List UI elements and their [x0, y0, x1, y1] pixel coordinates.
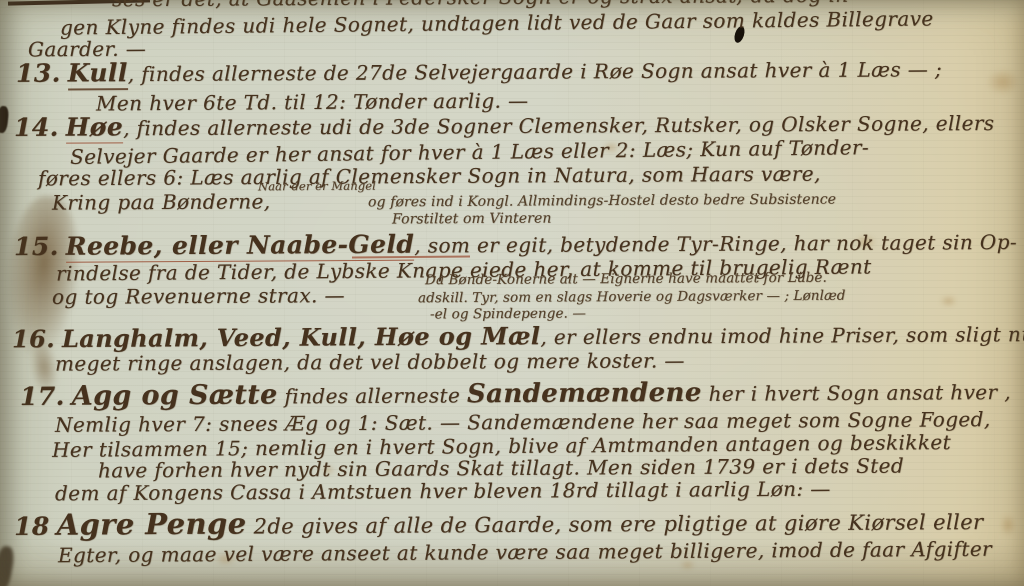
entry-number: 17. — [20, 382, 65, 411]
entry-18-agre-penge: 18Agre Penge 2de gives af alle de Gaarde… — [14, 502, 984, 542]
manuscript-page: ses er det, at Gaasehien i Pedersker Sog… — [0, 0, 1024, 586]
manuscript-line: meget ringe anslagen, da det vel dobbelt… — [55, 348, 685, 375]
manuscript-line: Egter, og maae vel være anseet at kunde … — [58, 537, 992, 568]
entry-text: , findes allerneste de 27de Selvejergaar… — [128, 57, 943, 86]
foxing-spot — [982, 66, 1024, 98]
marginal-insertion: adskill. Tyr, som en slags Hoverie og Da… — [418, 288, 846, 307]
entry-17-agg-og-saette: 17.Agg og Sætte findes allerneste Sandem… — [20, 375, 1011, 412]
foxing-spot — [998, 512, 1018, 538]
manuscript-line: Kring paa Bønderne, — [52, 189, 271, 214]
entry-keyword: Høe — [66, 112, 124, 143]
entry-number: 14. — [14, 113, 59, 142]
entry-number: 18 — [14, 512, 50, 541]
entry-text: her i hvert Sogn ansat hver , — [702, 380, 1011, 406]
entry-keyword: Kull — [68, 58, 128, 90]
manuscript-line: dem af Kongens Cassa i Amtstuen hver ble… — [55, 477, 831, 506]
manuscript-line: og tog Revenuerne strax. — — [52, 283, 345, 309]
marginal-insertion: Da Bønde-Konerne alt — Eignerne have maa… — [425, 270, 827, 288]
ink-smudge — [0, 105, 9, 133]
interlinear-insertion: Forstiltet om Vinteren — [392, 211, 552, 228]
marginal-insertion: -el og Spindepenge. — — [430, 306, 586, 323]
entry-text: , som er egit, betydende Tyr-Ringe, har … — [414, 230, 1017, 258]
entry-keyword: Langhalm, Veed, Kull, Høe og Mæl — [62, 321, 541, 353]
entry-16-langhalm: 16.Langhalm, Veed, Kull, Høe og Mæl, er … — [12, 318, 1024, 354]
entry-keyword: Reebe, eller Naabe-Geld — [66, 230, 415, 263]
entry-number: 15. — [14, 232, 59, 261]
manuscript-line: gen Klyne findes udi hele Sognet, undtag… — [60, 6, 934, 39]
foxing-spot — [938, 294, 959, 308]
manuscript-line: føres ellers 6: Læs aarlig af Clemensker… — [38, 162, 821, 191]
entry-text: 2de gives af alle de Gaarde, som ere pli… — [246, 510, 983, 539]
entry-number: 16. — [12, 324, 55, 353]
entry-keyword-secondary: Sandemændene — [467, 378, 702, 409]
entry-13-kull: 13.Kull, findes allerneste de 27de Selve… — [16, 53, 942, 88]
entry-keyword: Agg og Sætte — [72, 379, 278, 411]
corner-stain — [0, 545, 16, 586]
entry-text: , er ellers endnu imod hine Priser, som … — [540, 322, 1024, 350]
interlinear-insertion: Naar der er Mangel — [258, 179, 376, 194]
entry-text: findes allerneste — [278, 383, 467, 408]
interlinear-insertion: og føres ind i Kongl. Allmindings-Hostel… — [368, 192, 836, 211]
entry-keyword: Agre Penge — [56, 507, 246, 542]
entry-number: 13. — [16, 59, 61, 88]
